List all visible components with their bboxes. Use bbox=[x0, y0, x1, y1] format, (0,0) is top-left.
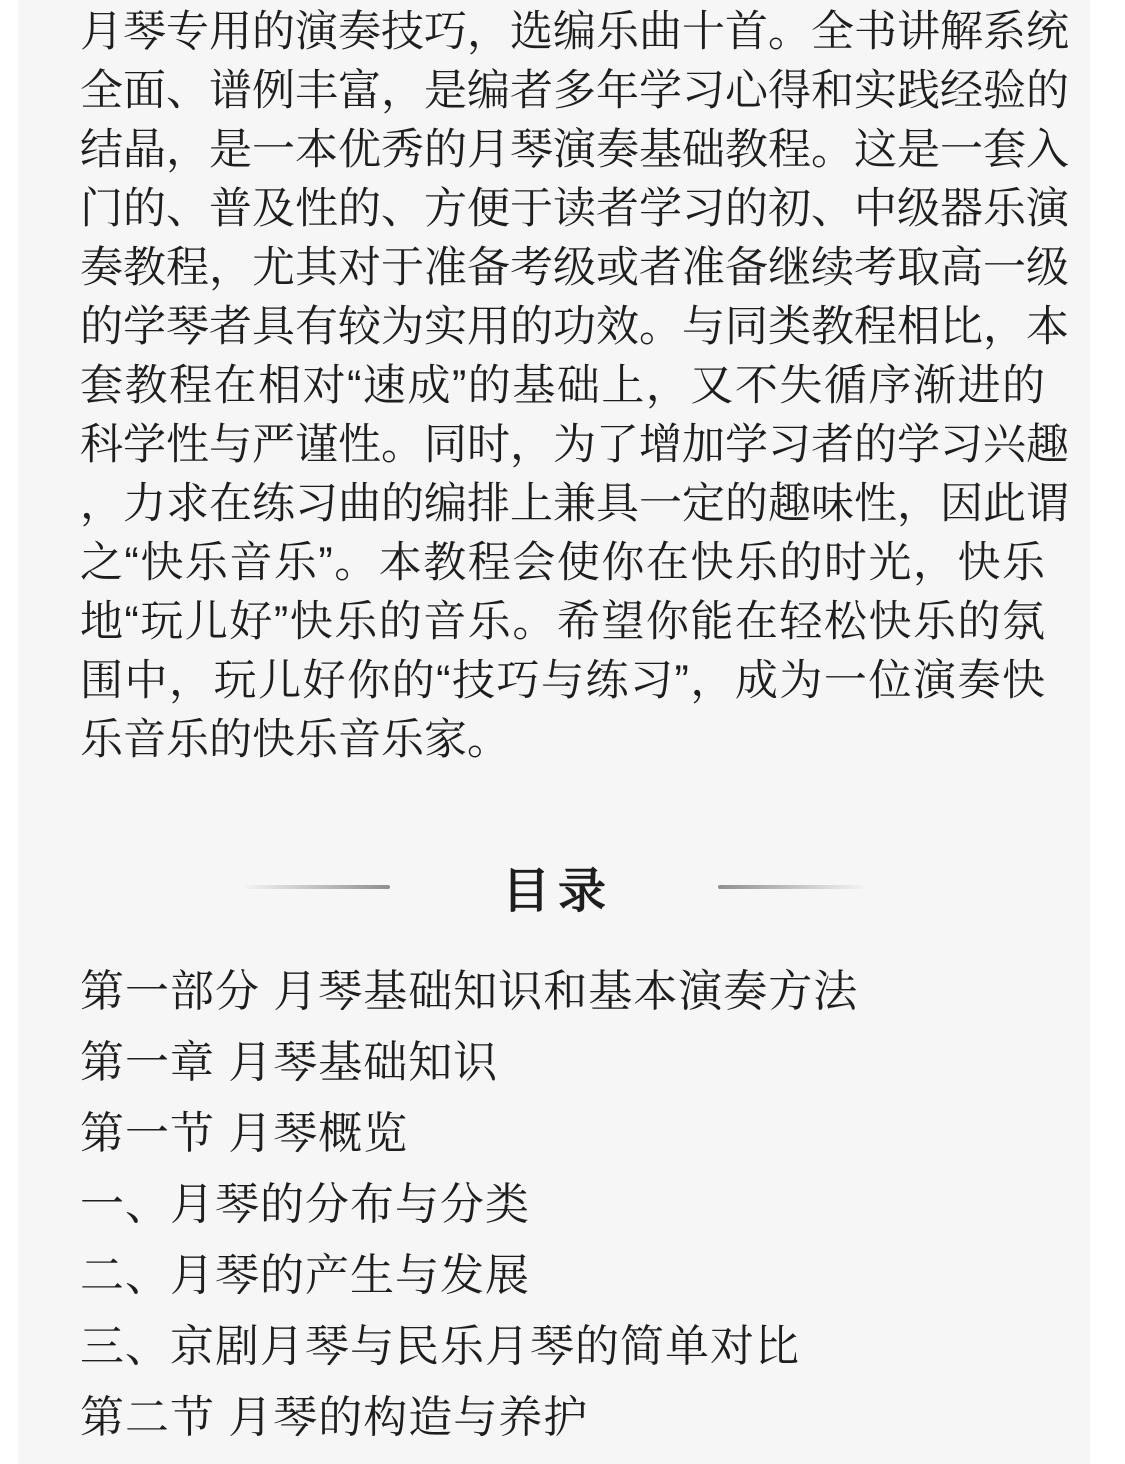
toc-entry: 第二节 月琴的构造与养护 bbox=[80, 1382, 1045, 1453]
toc-divider-left-rule bbox=[245, 885, 390, 889]
description-line: 的学琴者具有较为实用的功效。与同类教程相比，本 bbox=[80, 298, 1045, 357]
description-line: 奏教程，尤其对于准备考级或者准备继续考取高一级 bbox=[80, 239, 1045, 298]
description-line: 月琴专用的演奏技巧，选编乐曲十首。全书讲解系统 bbox=[80, 3, 1045, 62]
toc-divider-right-rule bbox=[718, 885, 863, 889]
description-line: ，力求在练习曲的编排上兼具一定的趣味性，因此谓 bbox=[80, 475, 1045, 534]
page: 月琴专用的演奏技巧，选编乐曲十首。全书讲解系统全面、谱例丰富，是编者多年学习心得… bbox=[0, 0, 1125, 1464]
description-line: 套教程在相对“速成”的基础上，又不失循序渐进的 bbox=[80, 357, 1045, 416]
toc-entry: 第一节 月琴概览 bbox=[80, 1098, 1045, 1169]
description-line: 乐音乐的快乐音乐家。 bbox=[80, 711, 1045, 770]
description-line: 全面、谱例丰富，是编者多年学习心得和实践经验的 bbox=[80, 62, 1045, 121]
toc-entry: 二、月琴的产生与发展 bbox=[80, 1240, 1045, 1311]
toc-entry: 第一部分 月琴基础知识和基本演奏方法 bbox=[80, 956, 1045, 1027]
toc-list: 第一部分 月琴基础知识和基本演奏方法第一章 月琴基础知识第一节 月琴概览一、月琴… bbox=[18, 956, 1090, 1453]
toc-header: 目录 bbox=[18, 853, 1090, 920]
toc-entry: 一、月琴的分布与分类 bbox=[80, 1169, 1045, 1240]
description-line: 结晶，是一本优秀的月琴演奏基础教程。这是一套入 bbox=[80, 121, 1045, 180]
toc-entry: 三、京剧月琴与民乐月琴的简单对比 bbox=[80, 1311, 1045, 1382]
toc-title: 目录 bbox=[502, 852, 614, 921]
description-line: 围中，玩儿好你的“技巧与练习”，成为一位演奏快 bbox=[80, 652, 1045, 711]
description-line: 地“玩儿好”快乐的音乐。希望你能在轻松快乐的氛 bbox=[80, 593, 1045, 652]
description: 月琴专用的演奏技巧，选编乐曲十首。全书讲解系统全面、谱例丰富，是编者多年学习心得… bbox=[18, 0, 1090, 770]
description-line: 之“快乐音乐”。本教程会使你在快乐的时光，快乐 bbox=[80, 534, 1045, 593]
content-panel: 月琴专用的演奏技巧，选编乐曲十首。全书讲解系统全面、谱例丰富，是编者多年学习心得… bbox=[18, 0, 1090, 1464]
toc-entry: 第一章 月琴基础知识 bbox=[80, 1027, 1045, 1098]
description-line: 科学性与严谨性。同时，为了增加学习者的学习兴趣 bbox=[80, 416, 1045, 475]
description-line: 门的、普及性的、方便于读者学习的初、中级器乐演 bbox=[80, 180, 1045, 239]
